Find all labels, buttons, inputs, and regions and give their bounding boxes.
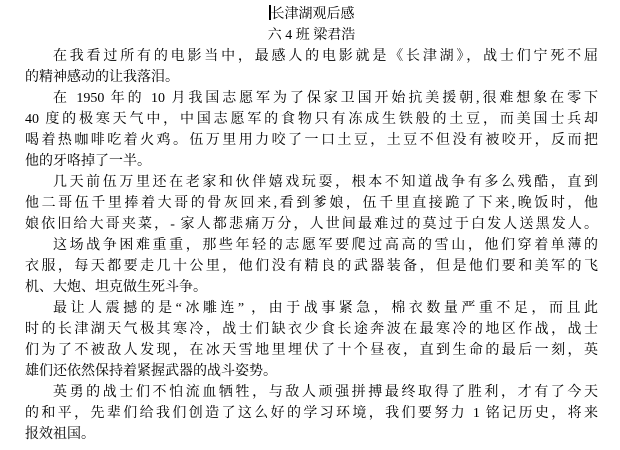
text-line: 喝着热咖啡吃着火鸡。伍万里用力咬了一口土豆，土豆不但没有被咬开，反而把 (25, 130, 598, 151)
text-line: 机、大炮、坦克做生死斗争。 (25, 277, 598, 298)
paragraph: 这场战争困难重重，那些年轻的志愿军要爬过高高的雪山，他们穿着单薄的 衣服，每天都… (25, 235, 598, 298)
text-line: 的精神感动的让我落泪。 (25, 67, 598, 88)
text-line: 的和平，先辈们给我们创造了这么好的学习环境，我们要努力 1 铭记历史，将来 (25, 403, 598, 424)
text-line: 几天前伍万里还在老家和伙伴嬉戏玩耍，根本不知道战争有多么残酷，直到 (25, 172, 598, 193)
text-line: 英勇的战士们不怕流血牺牲，与敌人顽强拼搏最终取得了胜利，才有了今天 (25, 382, 598, 403)
document-byline: 六 4 班 梁君浩 (25, 25, 598, 46)
text-line: 时的长津湖天气极其寒冷，战士们缺衣少食长途奔波在最寒冷的地区作战，战士 (25, 319, 598, 340)
paragraph: 英勇的战士们不怕流血牺牲，与敌人顽强拼搏最终取得了胜利，才有了今天 的和平，先辈… (25, 382, 598, 445)
paragraph: 在我看过所有的电影当中，最感人的电影就是《长津湖》，战士们宁死不屈 的精神感动的… (25, 46, 598, 88)
text-line: 最让人震撼的是“冰雕连” ，由于战事紧急，棉衣数量严重不足，而且此 (25, 298, 598, 319)
text-line: 40 度的极寒天气中，中国志愿军的食物只有冻成生铁般的土豆，而美国士兵却 (25, 109, 598, 130)
text-line: 在 1950 年的 10 月我国志愿军为了保家卫国开始抗美援朝,很难想象在零下 (25, 88, 598, 109)
text-line: 们为了不被敌人发现，在冰天雪地里埋伏了十个昼夜，直到生命的最后一刻，英 (25, 340, 598, 361)
text-line: 在我看过所有的电影当中，最感人的电影就是《长津湖》，战士们宁死不屈 (25, 46, 598, 67)
paragraph: 最让人震撼的是“冰雕连” ，由于战事紧急，棉衣数量严重不足，而且此 时的长津湖天… (25, 298, 598, 382)
text-line: 报效祖国。 (25, 424, 598, 445)
text-line: 雄们还依然保持着紧握武器的战斗姿势。 (25, 361, 598, 382)
document-title-line: 长津湖观后感 (25, 4, 598, 25)
paragraph: 几天前伍万里还在老家和伙伴嬉戏玩耍，根本不知道战争有多么残酷，直到 他二哥伍千里… (25, 172, 598, 235)
text-line: 他二哥伍千里捧着大哥的骨灰回来,看到爹娘，伍千里直接跪了下来,晚饭时，他 (25, 193, 598, 214)
text-line: 娘依旧给大哥夹菜，- 家人都悲痛万分，人世间最难过的莫过于白发人送黑发人。 (25, 214, 598, 235)
text-line: 这场战争困难重重，那些年轻的志愿军要爬过高高的雪山，他们穿着单薄的 (25, 235, 598, 256)
document-title: 长津湖观后感 (271, 7, 355, 22)
document-canvas[interactable]: 长津湖观后感 六 4 班 梁君浩 在我看过所有的电影当中，最感人的电影就是《长津… (0, 0, 620, 450)
paragraph: 在 1950 年的 10 月我国志愿军为了保家卫国开始抗美援朝,很难想象在零下 … (25, 88, 598, 172)
text-line: 衣服，每天都要走几十公里，他们没有精良的武器装备，但是他们要和美军的飞 (25, 256, 598, 277)
text-line: 他的牙咯掉了一半。 (25, 151, 598, 172)
